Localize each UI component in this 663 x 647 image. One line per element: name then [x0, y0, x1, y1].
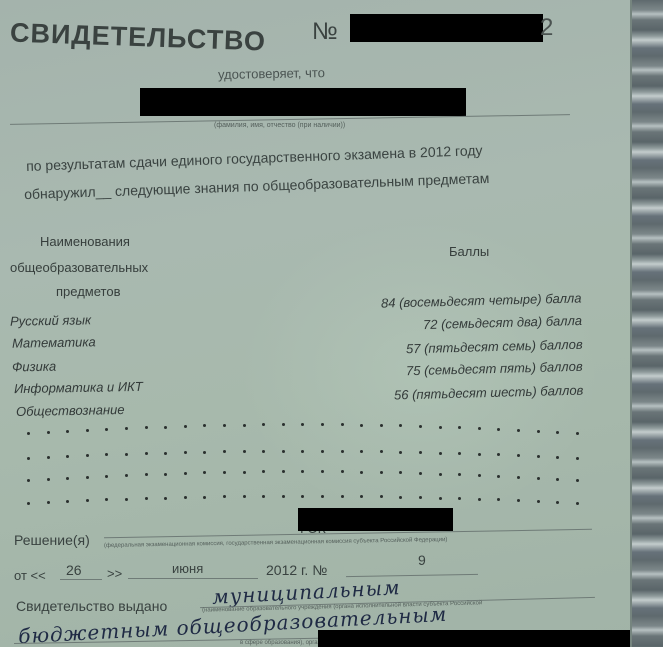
subject-score: 75 (семьдесят пять) баллов: [406, 359, 583, 379]
dot: [184, 451, 187, 454]
dot: [458, 452, 461, 455]
dot: [497, 428, 500, 431]
dot: [360, 424, 363, 427]
dot: [360, 495, 363, 498]
redacted-holder-name: [140, 88, 466, 116]
dot: [399, 471, 402, 474]
date-close-quote: >>: [107, 566, 122, 581]
dot: [243, 450, 246, 453]
dot: [419, 451, 422, 454]
dot: [439, 426, 442, 429]
dot: [576, 479, 579, 482]
dot: [282, 450, 285, 453]
subjects-header-line-3: предметов: [56, 284, 120, 299]
subject-name: Физика: [12, 359, 56, 375]
certificate-number-tail: 2: [540, 14, 553, 42]
dot: [203, 496, 206, 499]
dot: [341, 450, 344, 453]
dot: [66, 455, 69, 458]
dot: [341, 495, 344, 498]
dot: [164, 452, 167, 455]
redacted-school-name: [318, 630, 630, 647]
dot: [47, 456, 50, 459]
dot: [439, 452, 442, 455]
day-underline: [60, 579, 102, 580]
dot: [203, 424, 206, 427]
dot: [478, 474, 481, 477]
dot: [419, 496, 422, 499]
commission-caption: (федеральная экзаменационная комиссия, г…: [104, 537, 448, 549]
dot: [419, 472, 422, 475]
dot: [86, 476, 89, 479]
dot: [439, 497, 442, 500]
dot: [86, 429, 89, 432]
empty-rows-dot-fill: [22, 428, 582, 518]
decision-month: июня: [172, 561, 203, 576]
subject-name: Математика: [12, 334, 96, 350]
dot: [86, 499, 89, 502]
subject-name: Информатика и ИКТ: [14, 379, 143, 396]
dot: [301, 450, 304, 453]
dot: [184, 425, 187, 428]
subject-score: 56 (пятьдесят шесть) баллов: [393, 383, 583, 403]
subjects-header-line-2: общеобразовательных: [10, 260, 148, 275]
dot: [321, 450, 324, 453]
dot: [105, 498, 108, 501]
dot: [478, 427, 481, 430]
intro-line-2: обнаружил__ следующие знания по общеобра…: [24, 170, 490, 202]
dot: [66, 430, 69, 433]
dot: [164, 497, 167, 500]
subject-score: 72 (семьдесят два) балла: [423, 313, 582, 332]
decision-label: Решение(я): [14, 532, 90, 548]
dot: [556, 478, 559, 481]
dot: [164, 426, 167, 429]
subject-score: 84 (восемьдесят четыре) балла: [381, 290, 582, 310]
dot: [321, 423, 324, 426]
dot: [145, 426, 148, 429]
subjects-header-line-1: Наименования: [40, 234, 130, 249]
intro-line-1: по результатам сдачи единого государстве…: [26, 142, 483, 174]
subject-score: 57 (пятьдесят семь) баллов: [406, 337, 583, 357]
dot: [125, 453, 128, 456]
dot: [282, 423, 285, 426]
dot: [419, 425, 422, 428]
dot: [47, 501, 50, 504]
dot: [243, 495, 246, 498]
dot: [497, 453, 500, 456]
dot: [282, 470, 285, 473]
dot: [321, 470, 324, 473]
issued-by-label: Свидетельство выдано: [16, 598, 167, 614]
redacted-commission-name: [298, 508, 453, 531]
dot: [105, 428, 108, 431]
redacted-certificate-number: [350, 14, 543, 42]
dot: [341, 423, 344, 426]
dot: [27, 502, 30, 505]
decorative-border: [630, 0, 663, 647]
dot: [576, 457, 579, 460]
dot: [439, 473, 442, 476]
dot: [66, 500, 69, 503]
dot: [27, 479, 30, 482]
dot-row: [22, 428, 582, 451]
dot: [399, 424, 402, 427]
dot: [517, 429, 520, 432]
certificate-paper: СВИДЕТЕЛЬСТВО № 2 удостоверяет, что (фам…: [0, 0, 630, 647]
dot: [282, 495, 285, 498]
month-underline: [128, 578, 258, 579]
decision-year-label: 2012 г. №: [266, 562, 327, 578]
dot: [517, 476, 520, 479]
dot: [380, 495, 383, 498]
dot: [399, 496, 402, 499]
dot: [380, 471, 383, 474]
dot: [47, 431, 50, 434]
dot: [458, 473, 461, 476]
dot: [301, 423, 304, 426]
dot: [145, 473, 148, 476]
date-from-label: от <<: [14, 568, 46, 583]
dot: [262, 450, 265, 453]
dot: [478, 453, 481, 456]
dot: [517, 499, 520, 502]
dot: [125, 427, 128, 430]
dot: [184, 496, 187, 499]
dot: [86, 454, 89, 457]
dot: [223, 450, 226, 453]
dot: [223, 471, 226, 474]
dot: [537, 455, 540, 458]
dot: [184, 472, 187, 475]
name-caption: (фамилия, имя, отчество (при наличии)): [214, 122, 345, 129]
dot: [223, 424, 226, 427]
dot: [262, 470, 265, 473]
dot: [27, 457, 30, 460]
dot: [341, 470, 344, 473]
dot: [223, 495, 226, 498]
dot: [47, 478, 50, 481]
dot: [380, 424, 383, 427]
dot: [497, 475, 500, 478]
issued-by-caption-2: в сфере образования), органа: [240, 640, 324, 646]
dot: [203, 451, 206, 454]
dot: [243, 424, 246, 427]
dot: [556, 456, 559, 459]
dot: [164, 473, 167, 476]
dot: [301, 495, 304, 498]
dot: [262, 423, 265, 426]
dot: [458, 497, 461, 500]
subject-name: Обществознание: [16, 402, 125, 419]
dot: [458, 426, 461, 429]
dot: [360, 450, 363, 453]
dot: [399, 451, 402, 454]
dot: [203, 471, 206, 474]
dot: [66, 477, 69, 480]
dot: [556, 501, 559, 504]
dot-row: [22, 473, 582, 496]
dot: [321, 495, 324, 498]
dot: [243, 471, 246, 474]
dot: [125, 498, 128, 501]
scores-header: Баллы: [449, 244, 489, 259]
dot: [478, 498, 481, 501]
dot: [576, 502, 579, 505]
dot: [556, 431, 559, 434]
dot: [537, 430, 540, 433]
dot: [497, 498, 500, 501]
dot: [576, 432, 579, 435]
dot: [301, 470, 304, 473]
dot: [537, 477, 540, 480]
dot: [145, 497, 148, 500]
number-sign: №: [312, 18, 338, 46]
dot: [145, 452, 148, 455]
certifies-that-text: удостоверяет, что: [218, 65, 325, 82]
dot: [517, 454, 520, 457]
dot: [105, 475, 108, 478]
decision-number: 9: [418, 552, 426, 568]
dot: [262, 495, 265, 498]
subject-name: Русский язык: [10, 312, 91, 328]
dot: [125, 474, 128, 477]
dot: [360, 471, 363, 474]
dot: [380, 450, 383, 453]
document-title: СВИДЕТЕЛЬСТВО: [10, 18, 267, 58]
dot: [537, 500, 540, 503]
dot: [105, 453, 108, 456]
decision-day: 26: [66, 562, 82, 578]
dot: [27, 432, 30, 435]
